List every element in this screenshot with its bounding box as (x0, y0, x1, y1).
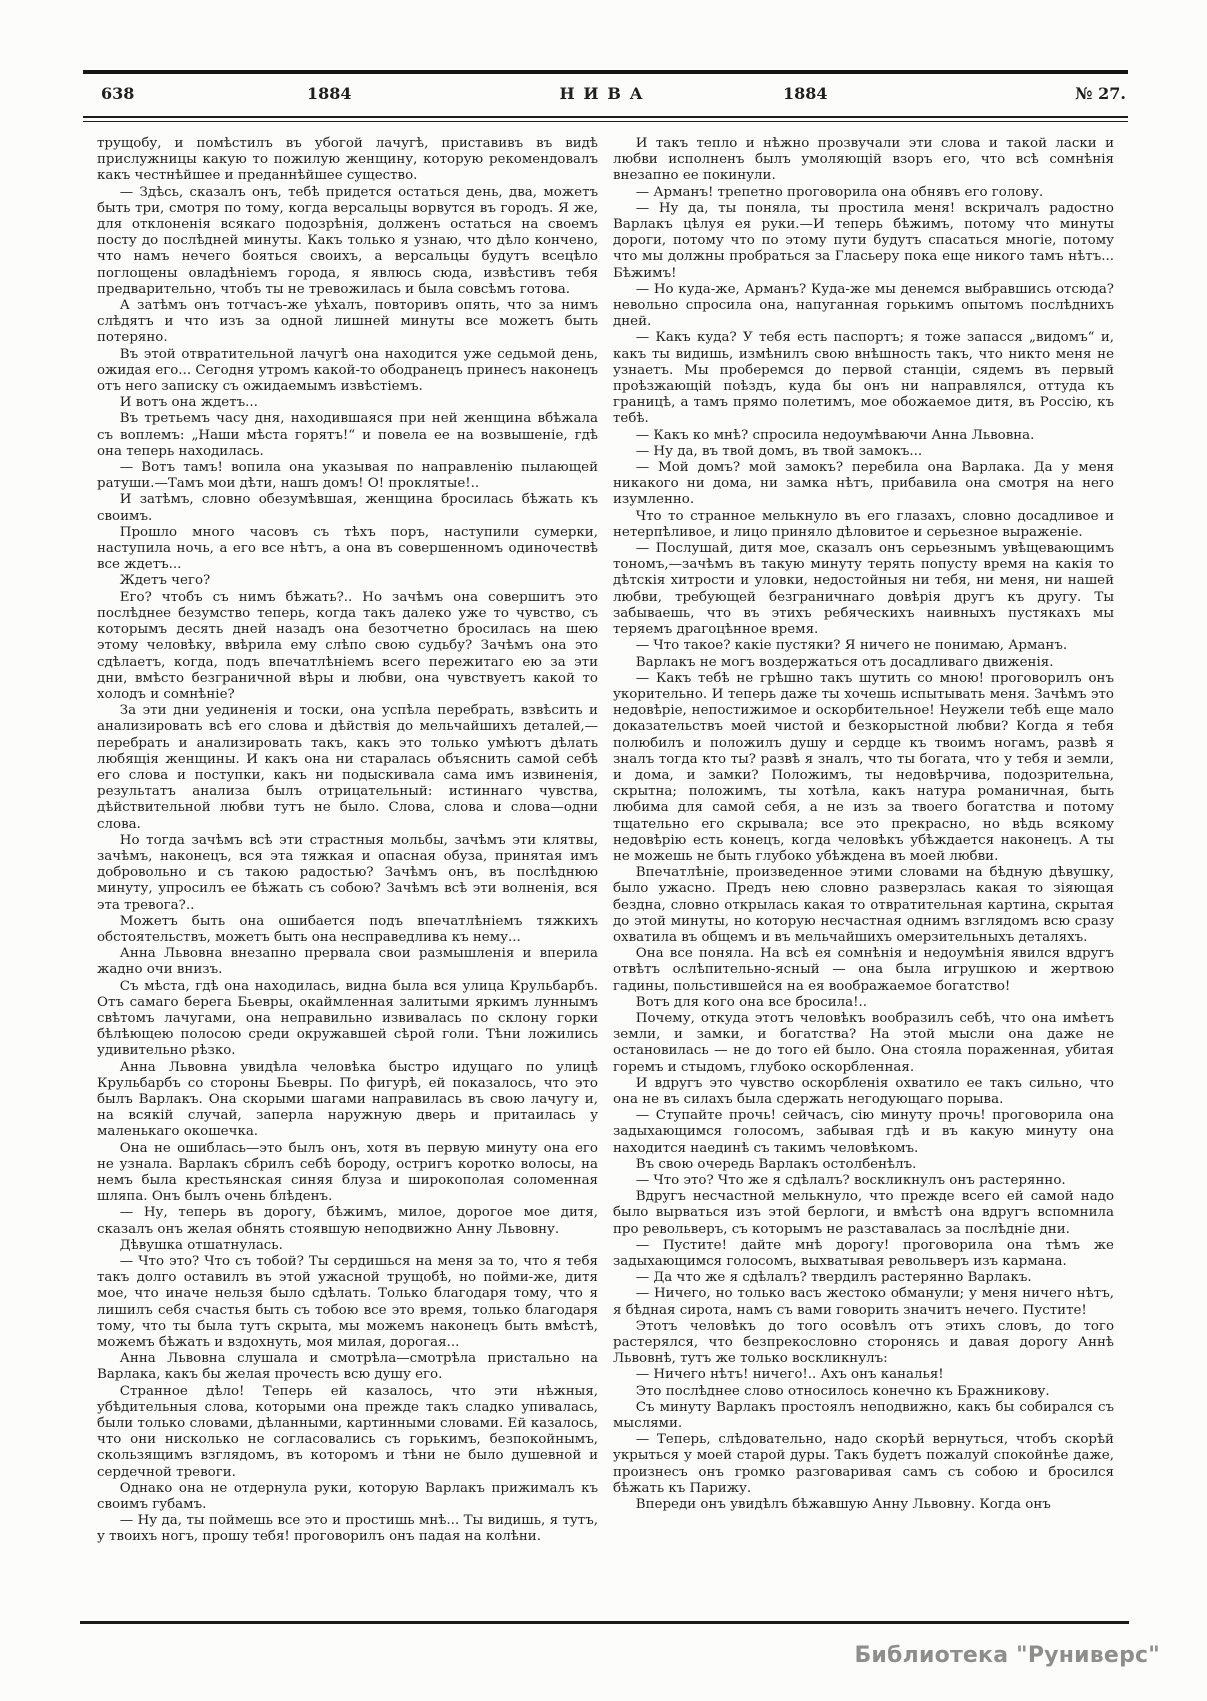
page-bottom-rule (80, 1621, 1129, 1624)
paragraph: — Да что же я сдѣлалъ? твердилъ растерян… (613, 1270, 1114, 1286)
paragraph: — Пустите! дайте мнѣ дорогу! проговорила… (613, 1238, 1114, 1270)
paragraph: Съ мѣста, гдѣ она находилась, видна была… (97, 979, 598, 1060)
paragraph: За эти дни уединенія и тоски, она успѣла… (97, 703, 598, 833)
paragraph: — Вотъ тамъ! вопила она указывая по напр… (97, 460, 598, 492)
paragraph: Анна Львовна внезапно прервала свои разм… (97, 946, 598, 978)
header-year-right: 1884 (783, 84, 828, 103)
paragraph: — Какъ ко мнѣ? спросила недоумѣваючи Анн… (613, 428, 1114, 444)
paragraph: — Ничего, но только васъ жестоко обманул… (613, 1286, 1114, 1318)
page-number: 638 (101, 84, 134, 103)
library-watermark: Библиотека "Руниверс" (854, 1643, 1160, 1668)
paragraph: — Арманъ! трепетно проговорила она обняв… (613, 185, 1114, 201)
paragraph: Въ этой отвратительной лачугѣ она находи… (97, 347, 598, 396)
header-bottom-rule (83, 116, 1128, 122)
paragraph: А затѣмъ онъ тотчасъ-же уѣхалъ, повторив… (97, 298, 598, 347)
page-header: 638 1884 НИВА 1884 № 27. (83, 70, 1128, 122)
paragraph: Что то странное мелькнуло въ его глазахъ… (613, 509, 1114, 541)
paragraph: — Теперь, слѣдовательно, надо скорѣй вер… (613, 1432, 1114, 1497)
paragraph: — Что это? Что съ тобой? Ты сердишься на… (97, 1254, 598, 1351)
paragraph: Въ третьемъ часу дня, находившаяся при н… (97, 411, 598, 460)
paragraph: Съ минуту Варлакъ простоялъ неподвижно, … (613, 1400, 1114, 1432)
paragraph: — Что такое? какіе пустяки? Я ничего не … (613, 638, 1114, 654)
paragraph: — Ну да, ты поймешь все это и простишь м… (97, 1513, 598, 1545)
paragraph: — Ну да, въ твой домъ, въ твой замокъ... (613, 444, 1114, 460)
paragraph: Анна Львовна увидѣла человѣка быстро иду… (97, 1060, 598, 1141)
paragraph: Это послѣднее слово относилось конечно к… (613, 1384, 1114, 1400)
paragraph: — Но куда-же, Арманъ? Куда-же мы денемся… (613, 282, 1114, 331)
magazine-page: 638 1884 НИВА 1884 № 27. трущобу, и помѣ… (0, 0, 1207, 1701)
paragraph: — Ну, теперь въ дорогу, бѣжимъ, милое, д… (97, 1205, 598, 1237)
page-content: 638 1884 НИВА 1884 № 27. трущобу, и помѣ… (83, 70, 1128, 1614)
paragraph: — Ступайте прочь! сейчасъ, сію минуту пр… (613, 1108, 1114, 1157)
header-year-left: 1884 (307, 84, 352, 103)
left-column: трущобу, и помѣстилъ въ убогой лачугѣ, п… (97, 136, 598, 1614)
article-body: трущобу, и помѣстилъ въ убогой лачугѣ, п… (83, 136, 1128, 1614)
paragraph: Впереди онъ увидѣлъ бѣжавшую Анну Львовн… (613, 1497, 1114, 1513)
paragraph: И такъ тепло и нѣжно прозвучали эти слов… (613, 136, 1114, 185)
paragraph: Его? чтобъ съ нимъ бѣжать?.. Но зачѣмъ о… (97, 590, 598, 703)
paragraph: И вотъ она ждетъ... (97, 395, 598, 411)
issue-number: № 27. (1075, 84, 1126, 103)
paragraph: — Ничего нѣтъ! ничего!.. Ахъ онъ каналья… (613, 1367, 1114, 1383)
right-column: И такъ тепло и нѣжно прозвучали эти слов… (613, 136, 1114, 1614)
paragraph: Странное дѣло! Теперь ей казалось, что э… (97, 1384, 598, 1481)
paragraph: — Мой домъ? мой замокъ? перебила она Вар… (613, 460, 1114, 509)
paragraph: — Что это? Что же я сдѣлалъ? воскликнулъ… (613, 1173, 1114, 1189)
paragraph: Дѣвушка отшатнулась. (97, 1238, 598, 1254)
paragraph: И затѣмъ, словно обезумѣвшая, женщина бр… (97, 492, 598, 524)
paragraph: — Здѣсь, сказалъ онъ, тебѣ придется оста… (97, 185, 598, 298)
paragraph: Этотъ человѣкъ до того осовѣлъ отъ этихъ… (613, 1319, 1114, 1368)
paragraph: трущобу, и помѣстилъ въ убогой лачугѣ, п… (97, 136, 598, 185)
paragraph: Можетъ быть она ошибается подъ впечатлѣн… (97, 914, 598, 946)
paragraph: И вдругъ это чувство оскорбленія охватил… (613, 1076, 1114, 1108)
paragraph: Почему, откуда этотъ человѣкъ вообразилъ… (613, 1011, 1114, 1076)
paragraph: — Какъ тебѣ не грѣшно такъ шутить со мно… (613, 671, 1114, 865)
paragraph: Вдругъ несчастной мелькнуло, что прежде … (613, 1189, 1114, 1238)
paragraph: Варлакъ не могъ воздержаться отъ досадли… (613, 655, 1114, 671)
paragraph: Она не ошиблась—это былъ онъ, хотя въ пе… (97, 1141, 598, 1206)
paragraph: Ждетъ чего? (97, 573, 598, 589)
paragraph: — Какъ куда? У тебя есть паспортъ; я тож… (613, 330, 1114, 427)
paragraph: — Ну да, ты поняла, ты простила меня! вс… (613, 201, 1114, 282)
magazine-title: НИВА (560, 84, 652, 103)
paragraph: Однако она не отдернула руки, которую Ва… (97, 1481, 598, 1513)
paragraph: Анна Львовна слушала и смотрѣла—смотрѣла… (97, 1351, 598, 1383)
paragraph: Въ свою очередь Варлакъ остолбенѣлъ. (613, 1157, 1114, 1173)
paragraph: Вотъ для кого она все бросила!.. (613, 995, 1114, 1011)
paragraph: Но тогда зачѣмъ всѣ эти страстныя мольбы… (97, 833, 598, 914)
running-head: 638 1884 НИВА 1884 № 27. (83, 74, 1128, 116)
paragraph: Прошло много часовъ съ тѣхъ поръ, наступ… (97, 525, 598, 574)
paragraph: — Послушай, дитя мое, сказалъ онъ серьез… (613, 541, 1114, 638)
paragraph: Она все поняла. На всѣ ея сомнѣнія и нед… (613, 946, 1114, 995)
paragraph: Впечатлѣніе, произведенное этими словами… (613, 865, 1114, 946)
